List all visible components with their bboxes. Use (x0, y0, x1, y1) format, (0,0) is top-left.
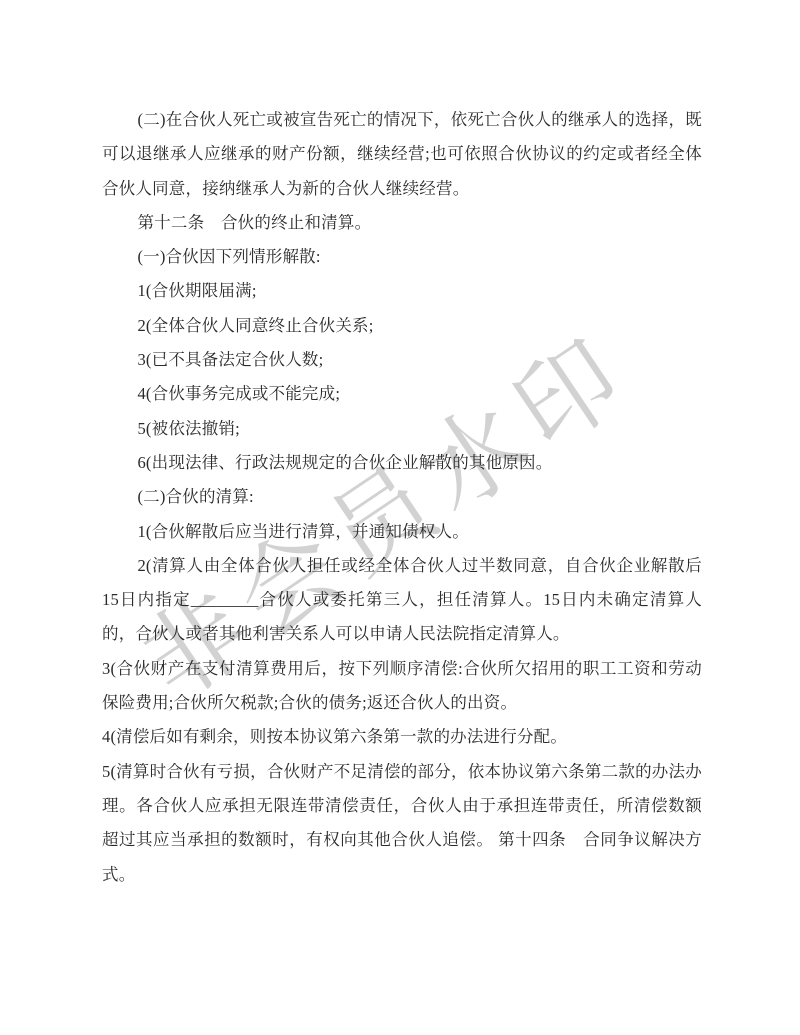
document-paragraph: 6(出现法律、行政法规规定的合伙企业解散的其他原因。 (102, 446, 702, 480)
document-paragraph: 5(被依法撤销; (102, 412, 702, 446)
document-paragraph: 5(清算时合伙有亏损，合伙财产不足清偿的部分，依本协议第六条第二款的办法办理。各… (102, 755, 702, 892)
document-paragraph: 4(合伙事务完成或不能完成; (102, 377, 702, 411)
document-paragraph: 3(已不具备法定合伙人数; (102, 343, 702, 377)
document-paragraph: 3(合伙财产在支付清算费用后，按下列顺序清偿:合伙所欠招用的职工工资和劳动保险费… (102, 652, 702, 721)
document-body: (二)在合伙人死亡或被宣告死亡的情况下，依死亡合伙人的继承人的选择，既可以退继承… (102, 103, 702, 892)
document-paragraph: 1(合伙解散后应当进行清算，并通知债权人。 (102, 515, 702, 549)
document-paragraph: 1(合伙期限届满; (102, 274, 702, 308)
document-paragraph: (二)在合伙人死亡或被宣告死亡的情况下，依死亡合伙人的继承人的选择，既可以退继承… (102, 103, 702, 206)
document-paragraph: 2(清算人由全体合伙人担任或经全体合伙人过半数同意，自合伙企业解散后15日内指定… (102, 549, 702, 652)
document-page: 非会员水印 (二)在合伙人死亡或被宣告死亡的情况下，依死亡合伙人的继承人的选择，… (0, 0, 800, 1035)
document-paragraph: 4(清偿后如有剩余，则按本协议第六条第一款的办法进行分配。 (102, 720, 702, 754)
document-paragraph: 2(全体合伙人同意终止合伙关系; (102, 309, 702, 343)
document-paragraph: 第十二条 合伙的终止和清算。 (102, 206, 702, 240)
document-paragraph: (一)合伙因下列情形解散: (102, 240, 702, 274)
document-paragraph: (二)合伙的清算: (102, 480, 702, 514)
